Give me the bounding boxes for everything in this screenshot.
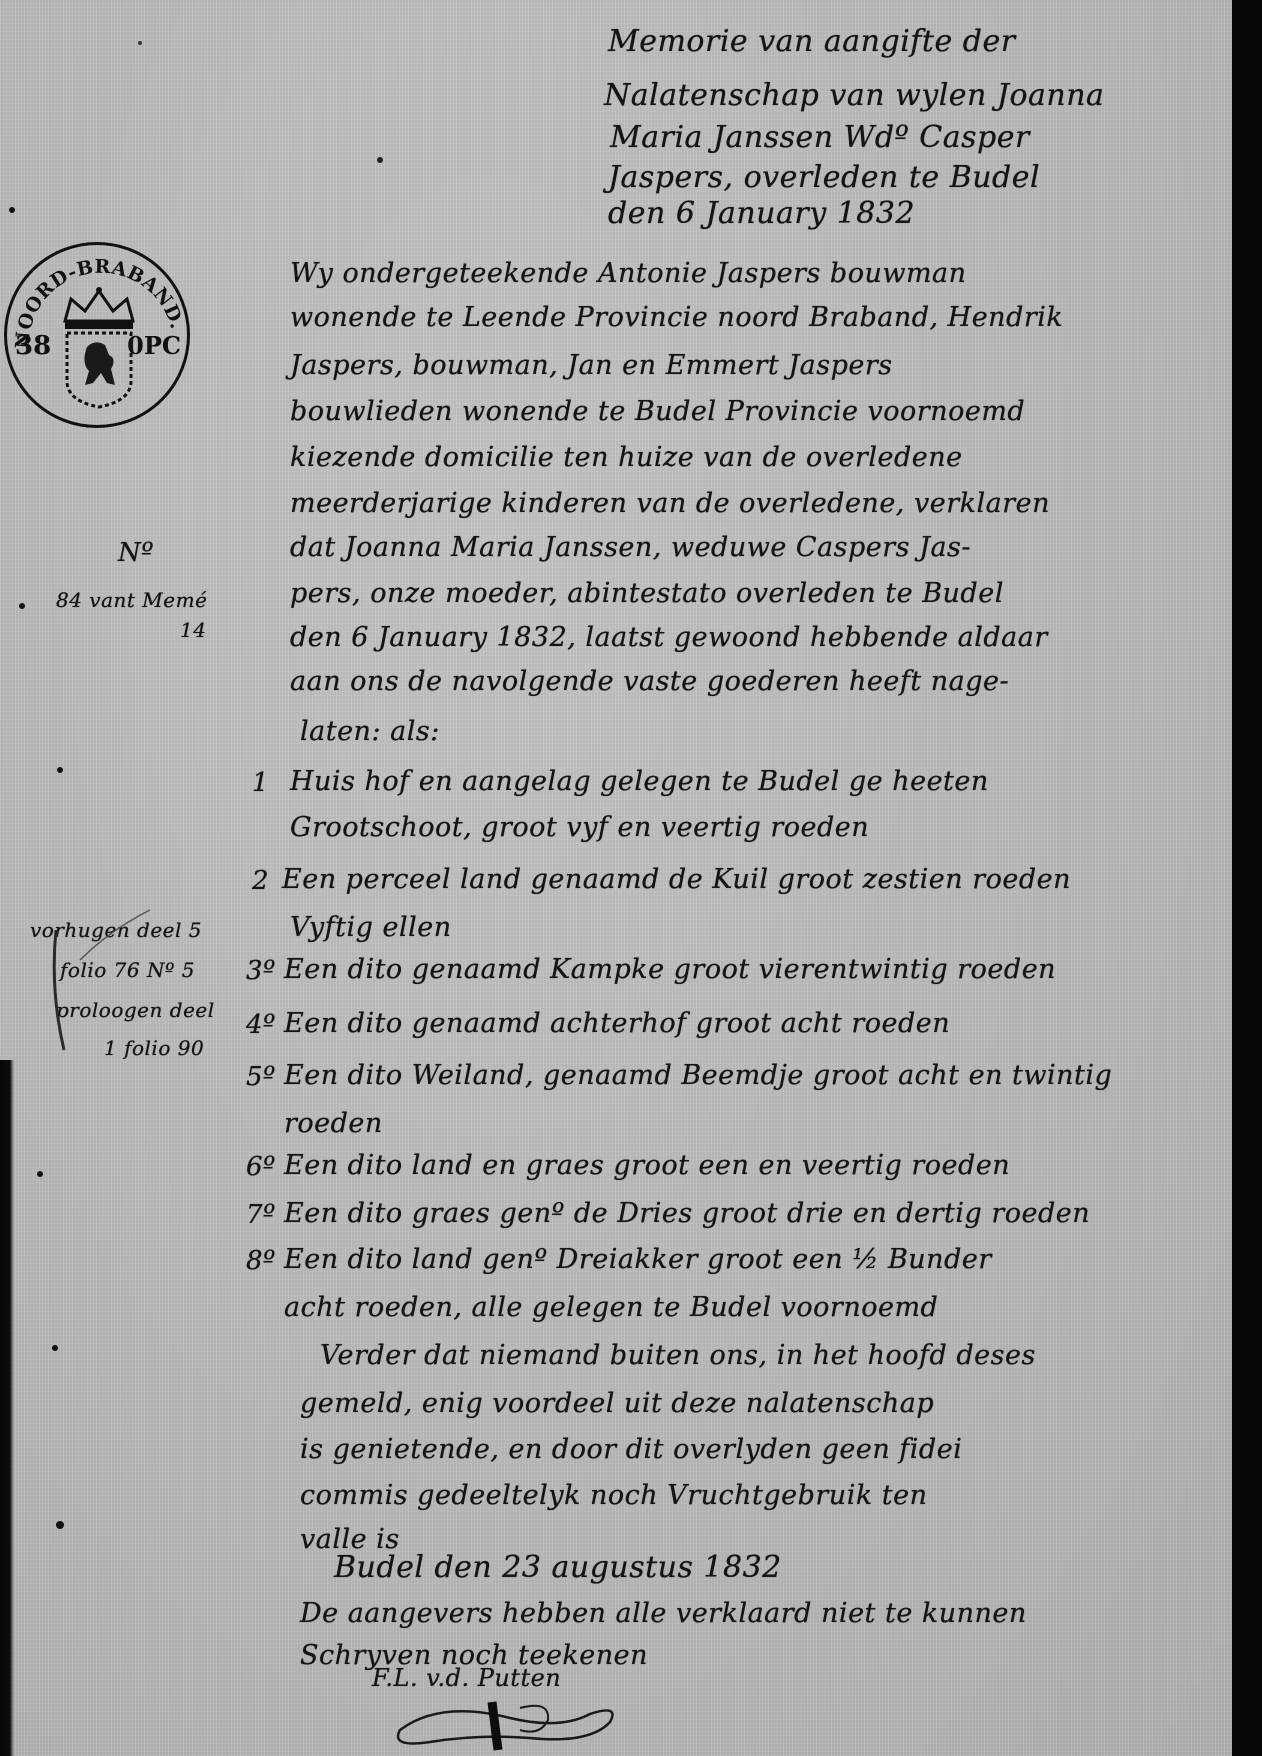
scan-left-border: [0, 1060, 14, 1756]
scanned-document-page: Memorie van aangifte der Nalatenschap va…: [0, 0, 1232, 1756]
scan-right-border: [1232, 0, 1262, 1756]
ink-specks-decoration: [0, 0, 1232, 1756]
